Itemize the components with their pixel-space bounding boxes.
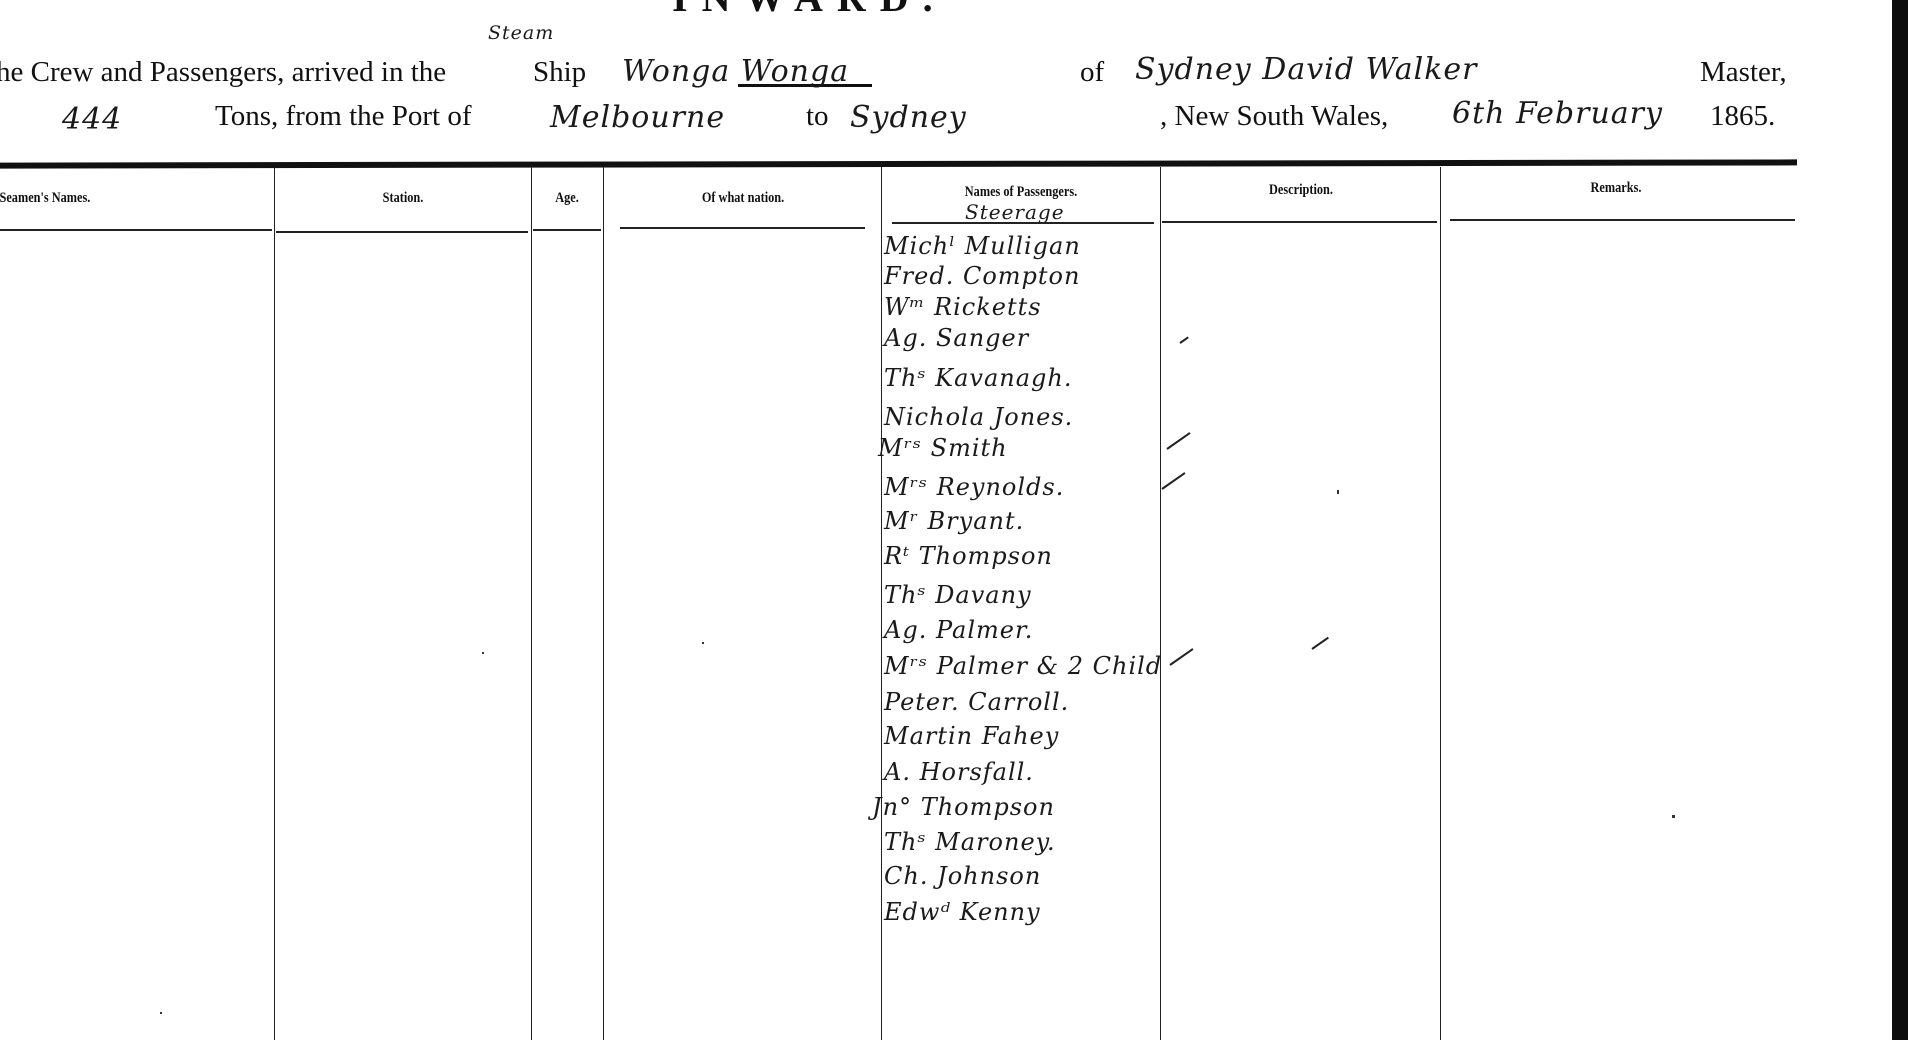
vessel-type-insert: Steam (488, 22, 554, 44)
arrival-date: 6th February (1452, 96, 1663, 131)
column-divider (603, 167, 604, 1040)
passenger-name: Martin Fahey (884, 722, 1059, 750)
passenger-name: A. Horsfall. (884, 758, 1034, 786)
column-header-seamens-names: Seamen's Names. (0, 190, 123, 207)
passenger-name: Thˢ Maroney. (884, 828, 1056, 856)
passenger-name: Nichola Jones. (884, 403, 1073, 431)
master-label: Master, (1700, 56, 1787, 89)
passenger-name: Rᵗ Thompson (884, 542, 1053, 570)
column-header-description: Description. (1186, 182, 1416, 199)
header-underline (620, 227, 865, 229)
check-mark-icon (1166, 432, 1190, 450)
to-port: Sydney (850, 100, 967, 135)
passenger-name: Michˡ Mulligan (884, 232, 1081, 260)
check-mark-icon (1161, 472, 1185, 490)
column-divider (274, 167, 275, 1040)
vessel-word: Ship (533, 56, 586, 89)
colony-label: , New South Wales, (1160, 100, 1388, 133)
of-label: of (1080, 56, 1104, 89)
header-rule (0, 159, 1797, 168)
check-mark-icon (1311, 637, 1329, 650)
scan-speck (1337, 490, 1339, 494)
passenger-name: Jn° Thompson (872, 793, 1055, 821)
header-underline (276, 231, 528, 233)
passenger-name: Mʳ Bryant. (884, 507, 1024, 535)
header-underline (1450, 219, 1795, 221)
scan-speck (702, 642, 704, 644)
scan-speck (1672, 815, 1675, 818)
passenger-name: Ch. Johnson (884, 862, 1041, 890)
column-header-nation: Of what nation. (629, 190, 857, 207)
scan-speck (482, 652, 484, 654)
heading-prefix: he Crew and Passengers, arrived in the (0, 56, 446, 89)
column-divider (881, 167, 882, 1040)
column-divider (1440, 167, 1441, 1040)
passenger-name: Wᵐ Ricketts (884, 293, 1042, 321)
tonnage: 444 (62, 102, 122, 137)
check-mark-icon (1179, 336, 1188, 343)
passenger-name: Thˢ Kavanagh. (884, 364, 1073, 392)
document-title: INWARD. (672, 0, 947, 21)
arrival-year: 1865. (1710, 100, 1775, 133)
passenger-class-note: Steerage (965, 200, 1065, 224)
passenger-name: Fred. Compton (884, 262, 1080, 290)
header-underline (533, 229, 601, 231)
column-divider (1160, 167, 1161, 1040)
passenger-name: Ag. Palmer. (884, 616, 1033, 644)
header-underline (0, 229, 272, 231)
to-label: to (806, 100, 829, 133)
header-underline (892, 222, 1154, 224)
check-mark-icon (1169, 648, 1193, 666)
home-port-and-master: Sydney David Walker (1135, 52, 1477, 87)
passenger-name: Mʳˢ Reynolds. (884, 473, 1064, 501)
scan-speck (160, 1012, 162, 1014)
passenger-name: Mʳˢ Palmer & 2 Child (884, 652, 1162, 680)
tons-label: Tons, from the Port of (215, 100, 472, 133)
passenger-name: Thˢ Davany (884, 581, 1032, 609)
passenger-name: Ag. Sanger (884, 324, 1029, 352)
ship-name: Wonga Wonga (622, 54, 849, 89)
passenger-name: Peter. Carroll. (884, 688, 1069, 716)
scan-page-edge (1892, 0, 1908, 1040)
column-header-passenger-names: Names of Passengers. (907, 184, 1135, 201)
header-underline (1162, 221, 1437, 223)
column-header-age: Age. (537, 190, 596, 207)
column-header-station: Station. (298, 190, 508, 207)
passenger-name: Edwᵈ Kenny (884, 898, 1041, 926)
column-header-remarks: Remarks. (1473, 180, 1760, 197)
passenger-name: Mʳˢ Smith (878, 434, 1008, 462)
column-divider (531, 167, 532, 1040)
from-port: Melbourne (550, 100, 725, 135)
